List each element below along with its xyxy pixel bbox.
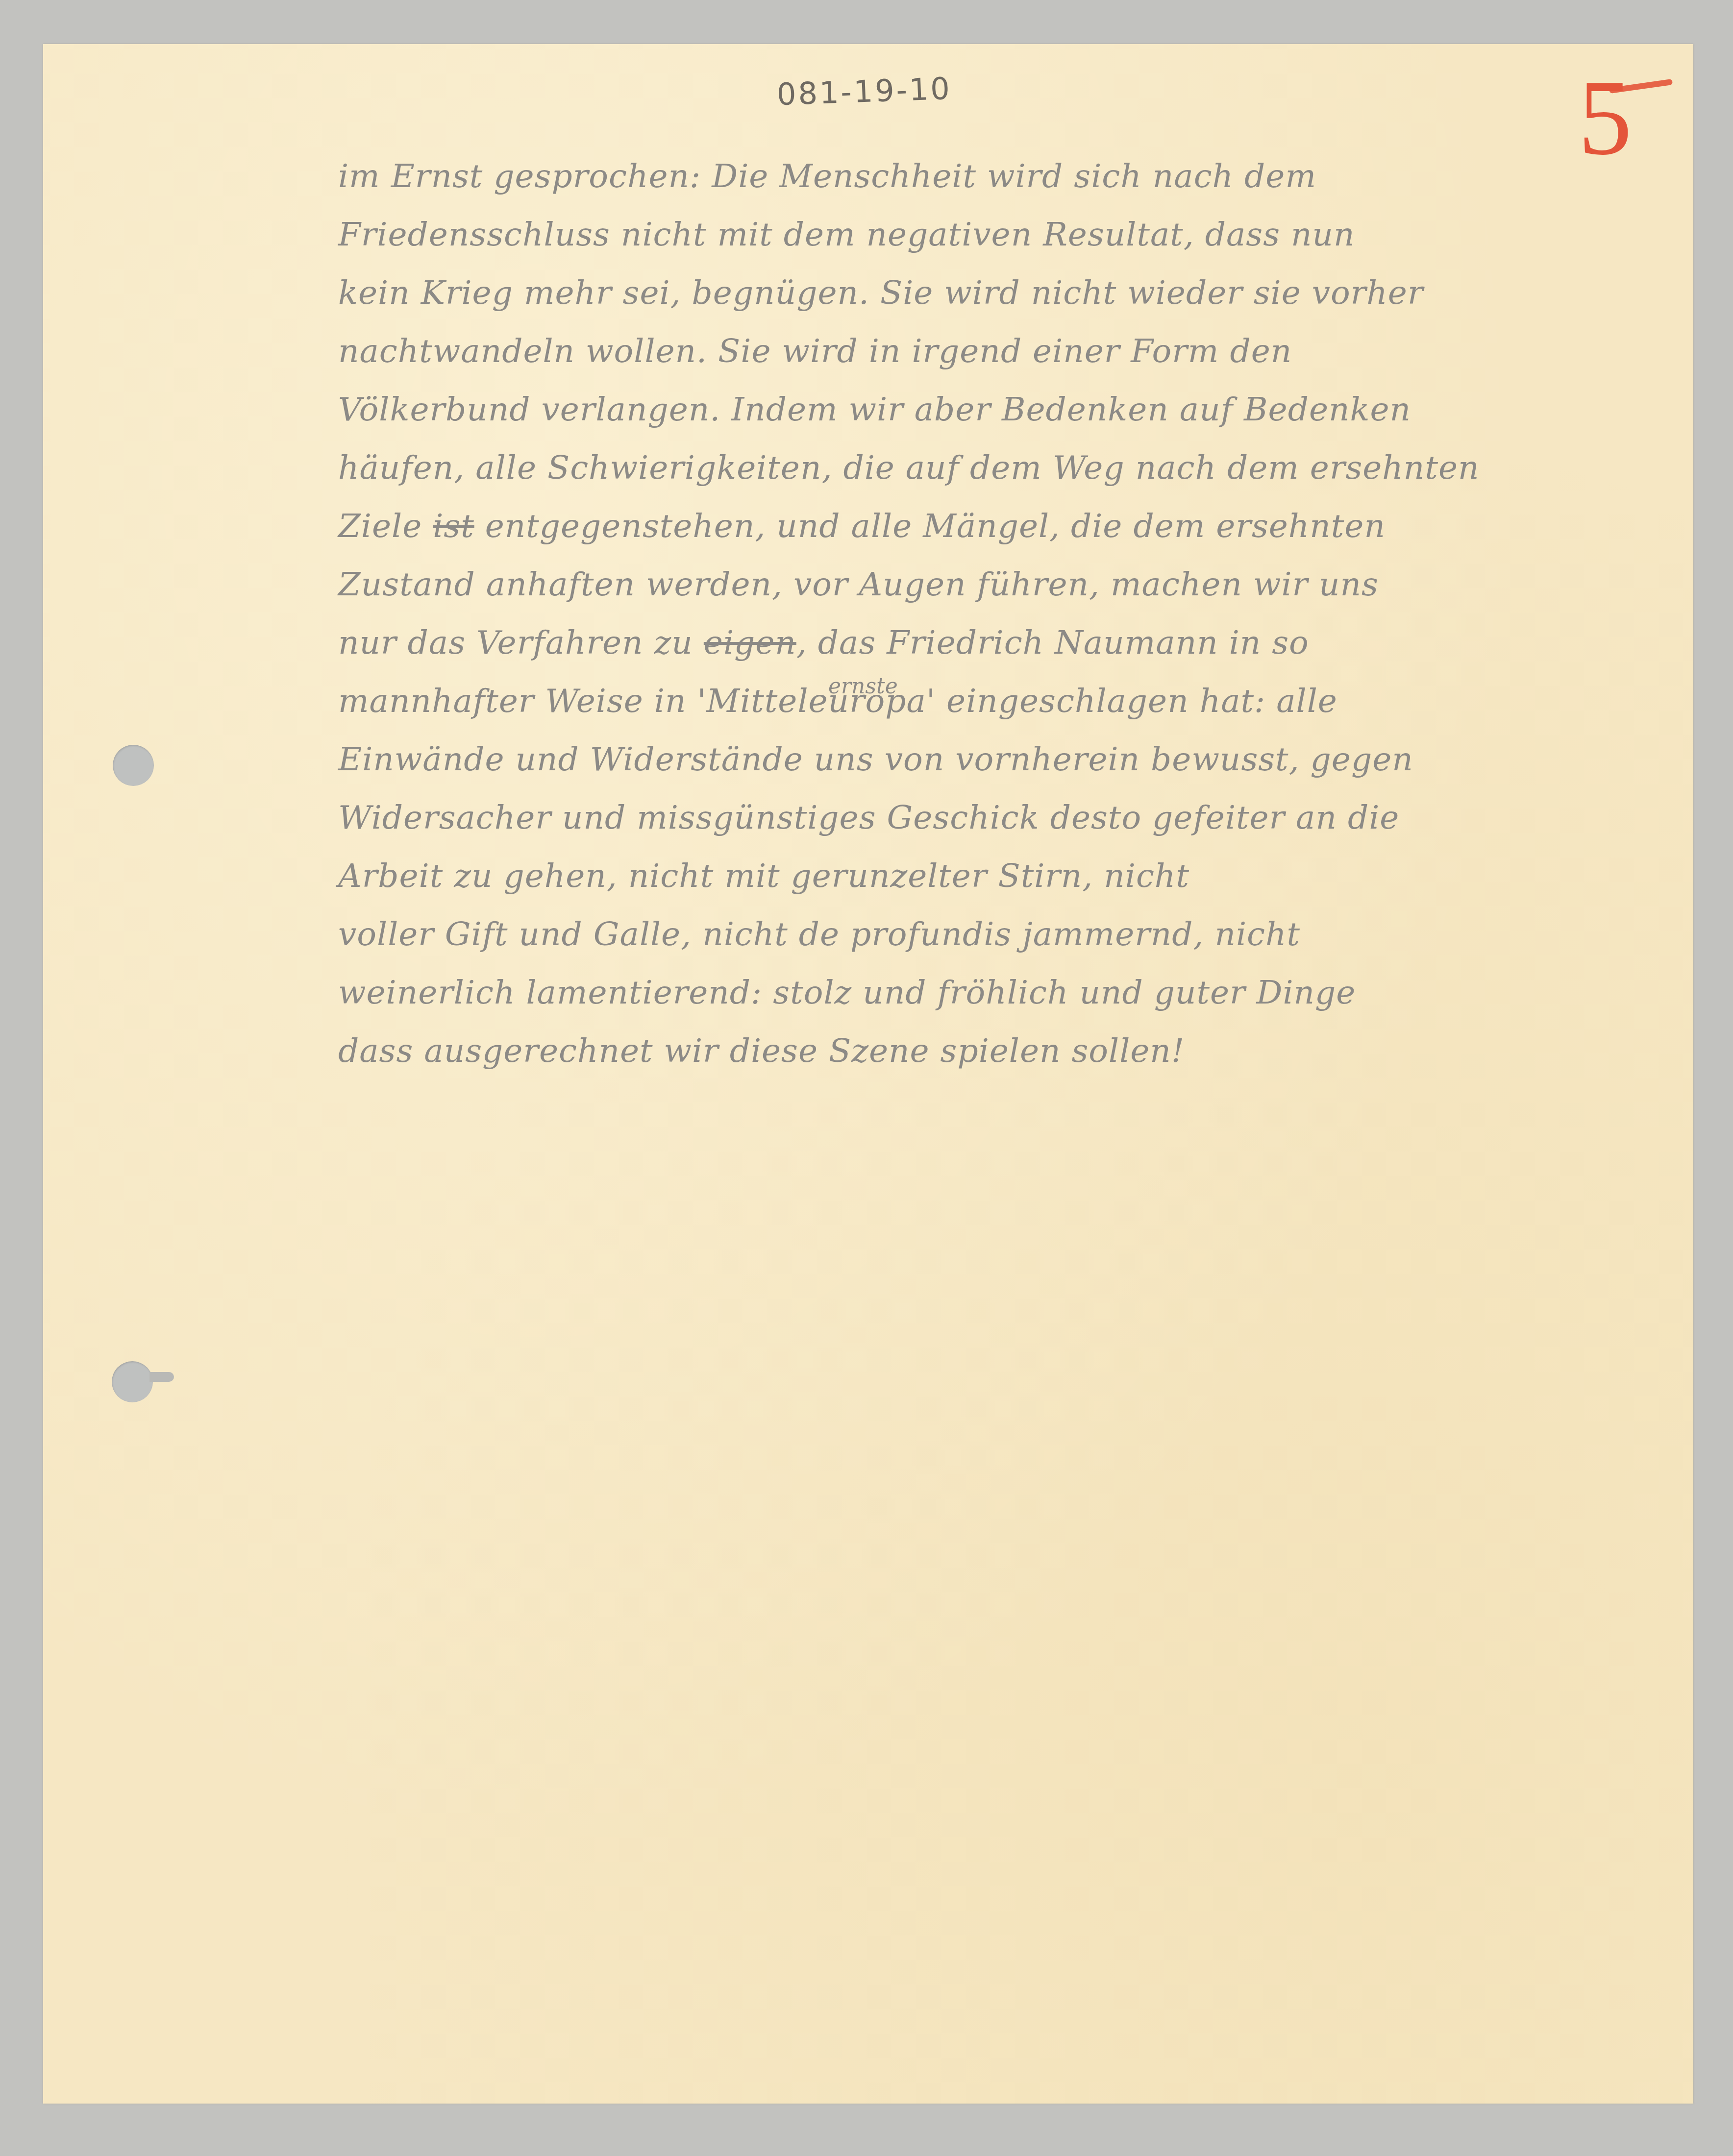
archive-number: 081-19-10 xyxy=(776,71,952,112)
text-line: Ziele ist entgegenstehen, und alle Mänge… xyxy=(338,497,1593,555)
text-line: Friedensschluss nicht mit dem negativen … xyxy=(338,205,1593,264)
punch-hole-top xyxy=(113,745,154,786)
text-line: Arbeit zu gehen, nicht mit gerunzelter S… xyxy=(338,847,1593,905)
text-line: nachtwandeln wollen. Sie wird in irgend … xyxy=(338,322,1593,380)
punch-hole-tear xyxy=(149,1372,174,1382)
text-line: mannhafter Weise in 'Mitteleuropa' einge… xyxy=(338,672,1593,730)
text-line: Zustand anhaften werden, vor Augen führe… xyxy=(338,555,1593,613)
punch-hole-bottom xyxy=(112,1361,153,1402)
text-line: kein Krieg mehr sei, begnügen. Sie wird … xyxy=(338,264,1593,322)
text-line: Völkerbund verlangen. Indem wir aber Bed… xyxy=(338,380,1593,439)
text-line: voller Gift und Galle, nicht de profundi… xyxy=(338,905,1593,963)
text-line: Einwände und Widerstände uns von vornher… xyxy=(338,730,1593,788)
text-line: im Ernst gesprochen: Die Menschheit wird… xyxy=(338,147,1593,205)
text-line: Widersacher und missgünstiges Geschick d… xyxy=(338,788,1593,847)
handwritten-body-text: im Ernst gesprochen: Die Menschheit wird… xyxy=(338,147,1593,1080)
text-line: häufen, alle Schwierigkeiten, die auf de… xyxy=(338,439,1593,497)
text-line: weinerlich lamentierend: stolz und fröhl… xyxy=(338,963,1593,1022)
text-line: dass ausgerechnet wir diese Szene spiele… xyxy=(338,1022,1593,1080)
text-line: nur das Verfahren zu eigen, das Friedric… xyxy=(338,613,1593,672)
